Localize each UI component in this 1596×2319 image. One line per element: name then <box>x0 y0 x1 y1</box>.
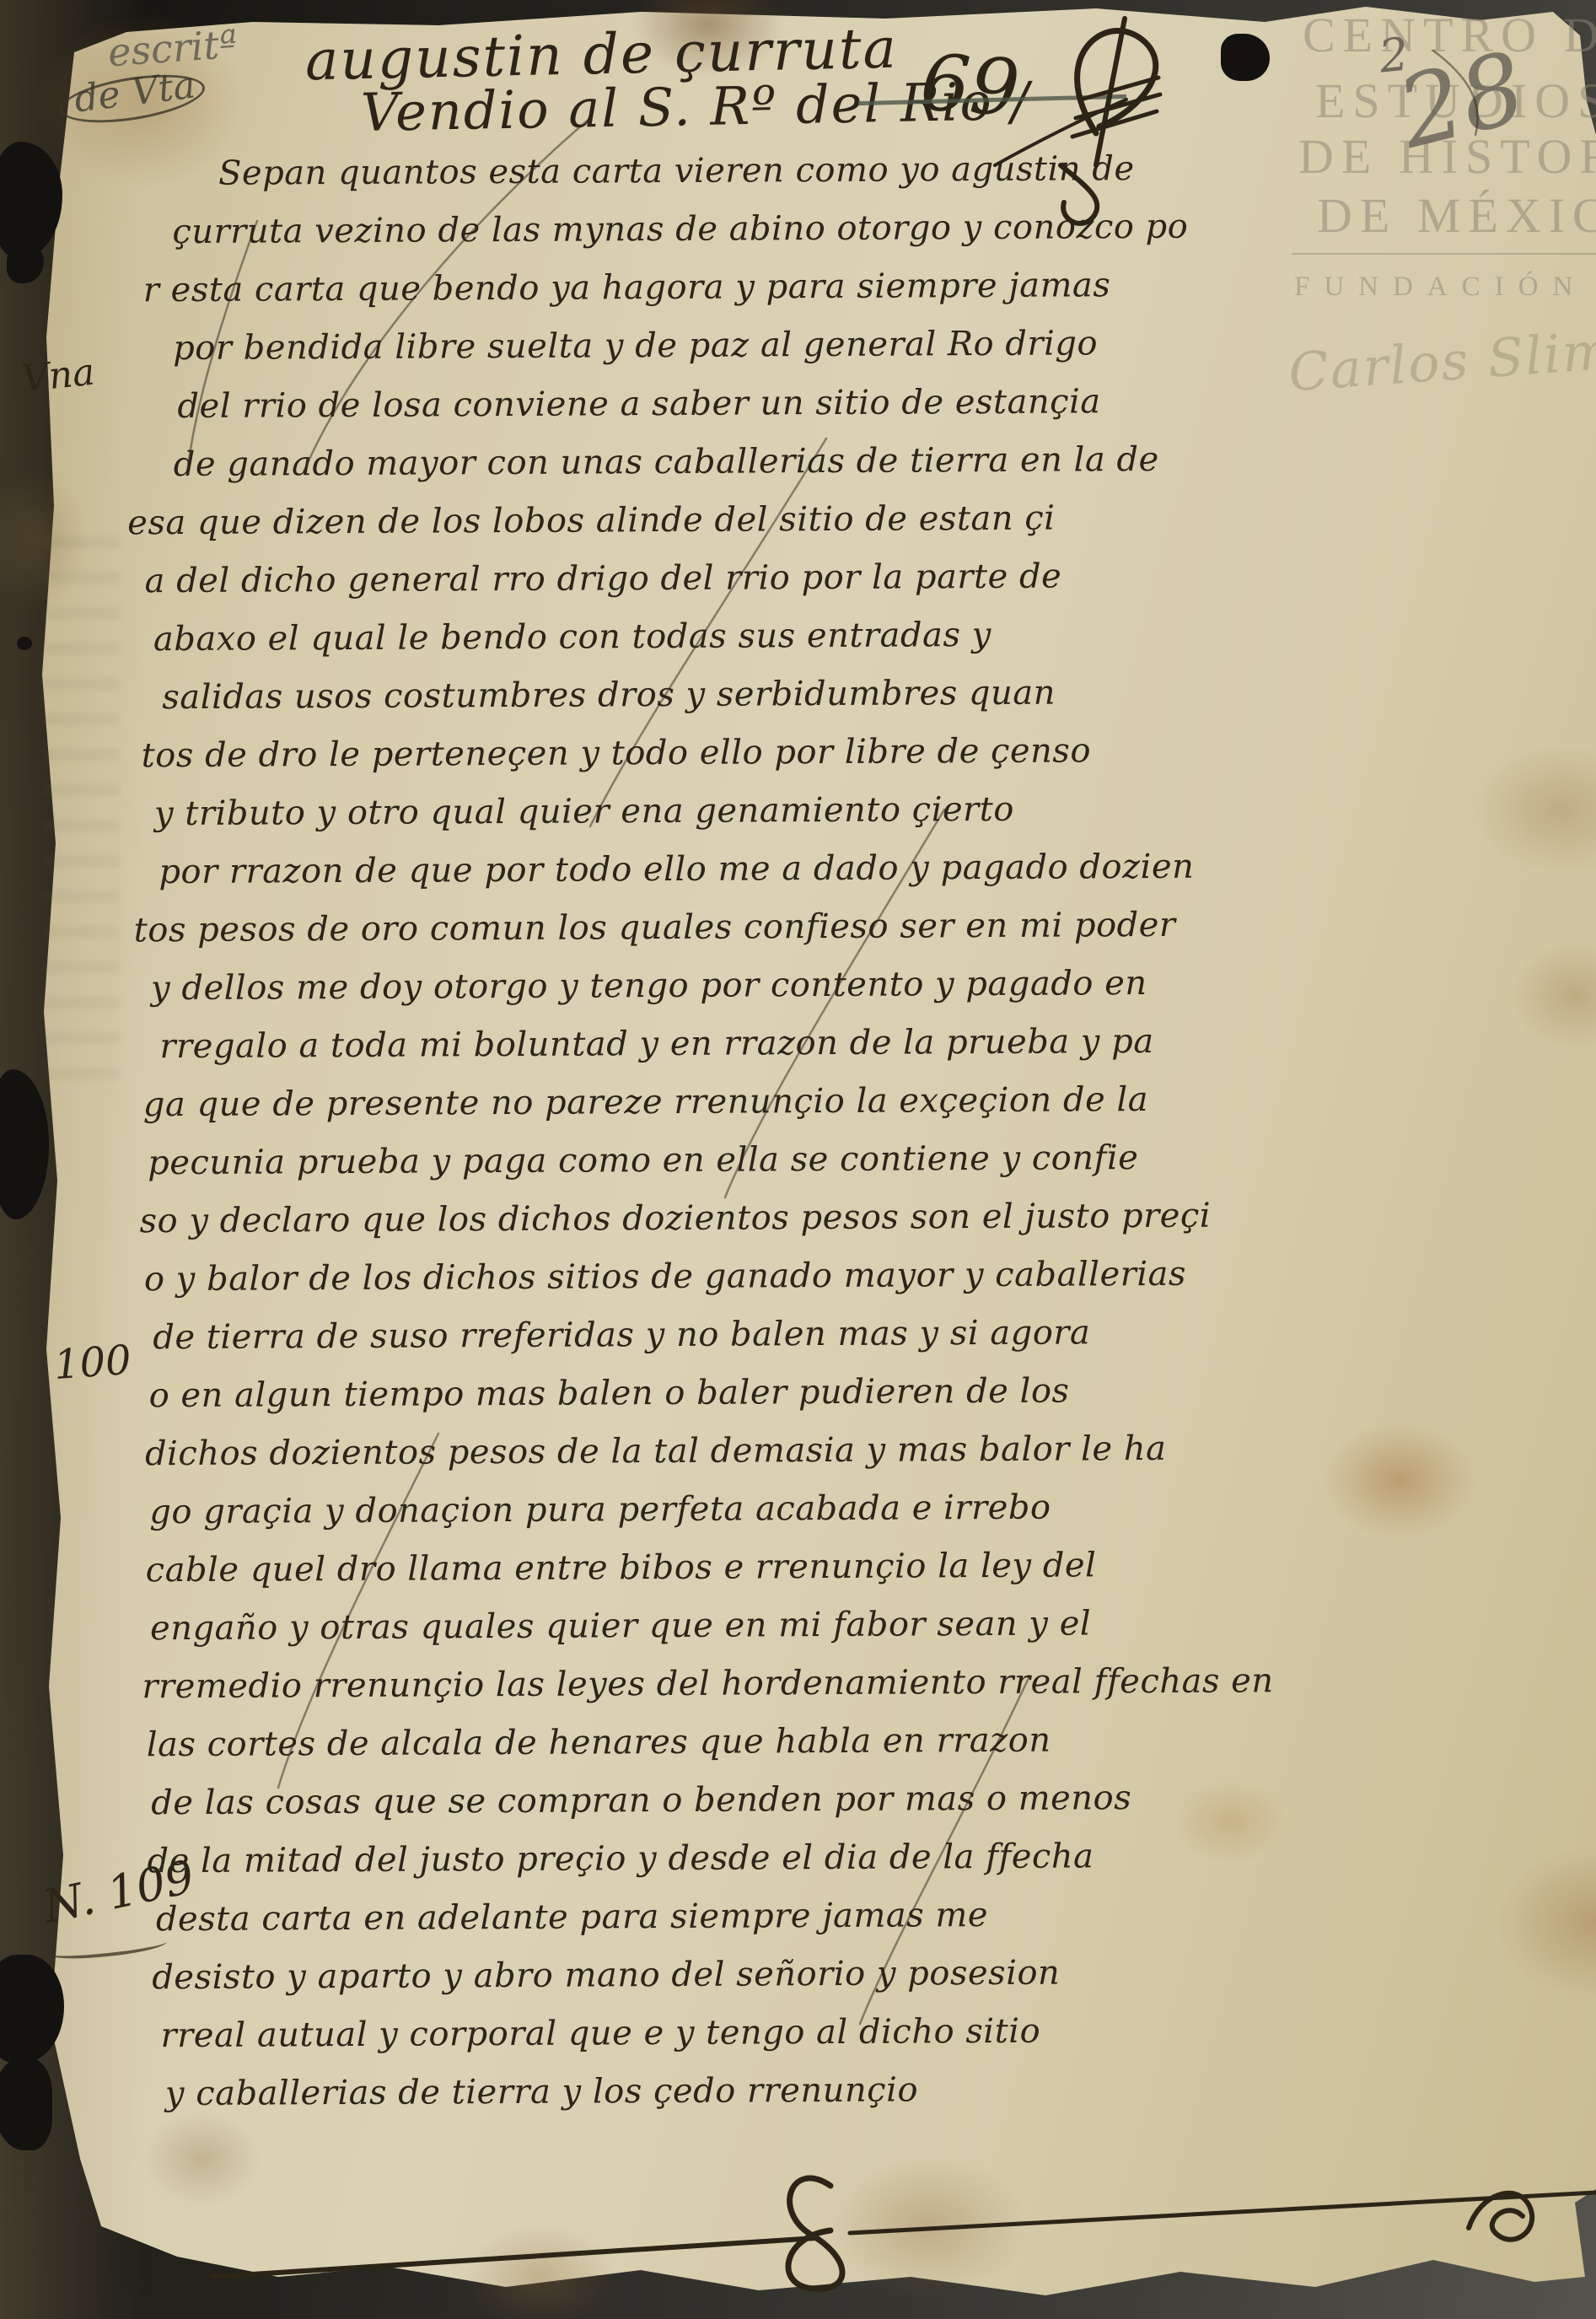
manuscript-line: dichos dozientos pesos de la tal demasia… <box>99 1418 1566 1483</box>
manuscript-line: çurruta vezino de las mynas de abino oto… <box>92 196 1559 261</box>
manuscript-line: a del dicho general rro drigo del rrio p… <box>94 545 1561 611</box>
paper-hole <box>0 1069 49 1219</box>
manuscript-line: y dellos me doy otorgo y tengo por conte… <box>96 952 1563 1018</box>
manuscript-line: so y declaro que los dichos dozientos pe… <box>97 1185 1564 1251</box>
manuscript-line: de ganado mayor con unas caballerias de … <box>94 428 1561 494</box>
manuscript-line: esa que dizen de los lobos alinde del si… <box>94 487 1561 552</box>
paper-hole <box>0 142 62 260</box>
paper-hole <box>1221 34 1270 81</box>
manuscript-line: de la mitad del justo preçio y desde el … <box>100 1825 1567 1891</box>
manuscript-line: del rrio de losa conviene a saber un sit… <box>93 370 1560 436</box>
manuscript-line: salidas usos costumbres dros y serbidumb… <box>94 661 1561 727</box>
manuscript-line: tos pesos de oro comun los quales confie… <box>96 894 1563 960</box>
manuscript-line: desisto y aparto y abro mano del señorio… <box>101 1941 1568 2007</box>
paper-hole <box>0 1955 64 2063</box>
manuscript-line: abaxo el qual le bendo con todas sus ent… <box>94 603 1561 669</box>
manuscript-line: de tierra de suso rreferidas y no balen … <box>98 1301 1565 1367</box>
manuscript-line: r esta carta que bendo ya hagora y para … <box>93 254 1560 320</box>
manuscript-line: rregalo a toda mi boluntad y en rrazon d… <box>96 1010 1563 1076</box>
margin-note-una: Vna <box>20 351 97 401</box>
manuscript-line: Sepan quantos esta carta vieren como yo … <box>92 137 1559 203</box>
manuscript-line: cable quel dro llama entre bibos e rrenu… <box>99 1534 1566 1600</box>
manuscript-line: rreal autual y corporal que e y tengo al… <box>101 1999 1568 2065</box>
document-scan: CENTRO DE ESTUDIOS DE HISTORIA DE MÉXICO… <box>0 0 1596 2319</box>
manuscript-line: desta carta en adelante para siempre jam… <box>101 1883 1568 1949</box>
manuscript-line: por bendida libre suelta y de paz al gen… <box>93 312 1560 378</box>
manuscript-line: tos de dro le perteneçen y todo ello por… <box>94 719 1561 785</box>
old-folio-number: 69 <box>917 37 1022 134</box>
manuscript-line: engaño y otras quales quier que en mi fa… <box>99 1592 1566 1658</box>
manuscript-line: y caballerias de tierra y los çedo rrenu… <box>102 2058 1569 2123</box>
manuscript-line: rremedio rrenunçio las leyes del hordena… <box>99 1650 1566 1716</box>
manuscript-line: de las cosas que se compran o benden por… <box>100 1767 1567 1832</box>
manuscript-line: las cortes de alcala de henares que habl… <box>100 1708 1567 1774</box>
paper-hole <box>17 637 32 650</box>
manuscript-line: o en algun tiempo mas balen o baler pudi… <box>98 1359 1565 1425</box>
manuscript-line: o y balor de los dichos sitios de ganado… <box>98 1243 1565 1309</box>
manuscript-body: Sepan quantos esta carta vieren como yo … <box>92 137 1569 2123</box>
manuscript-line: ga que de presente no pareze rrenunçio l… <box>97 1068 1564 1134</box>
manuscript-line: por rrazon de que por todo ello me a dad… <box>95 836 1562 901</box>
manuscript-line: go graçia y donaçion pura perfeta acabad… <box>99 1476 1566 1542</box>
paper-hole <box>0 2058 52 2150</box>
manuscript-line: pecunia prueba y paga como en ella se co… <box>97 1127 1564 1192</box>
paper-hole <box>7 243 44 283</box>
manuscript-line: y tributo y otro qual quier ena genamien… <box>95 777 1562 843</box>
